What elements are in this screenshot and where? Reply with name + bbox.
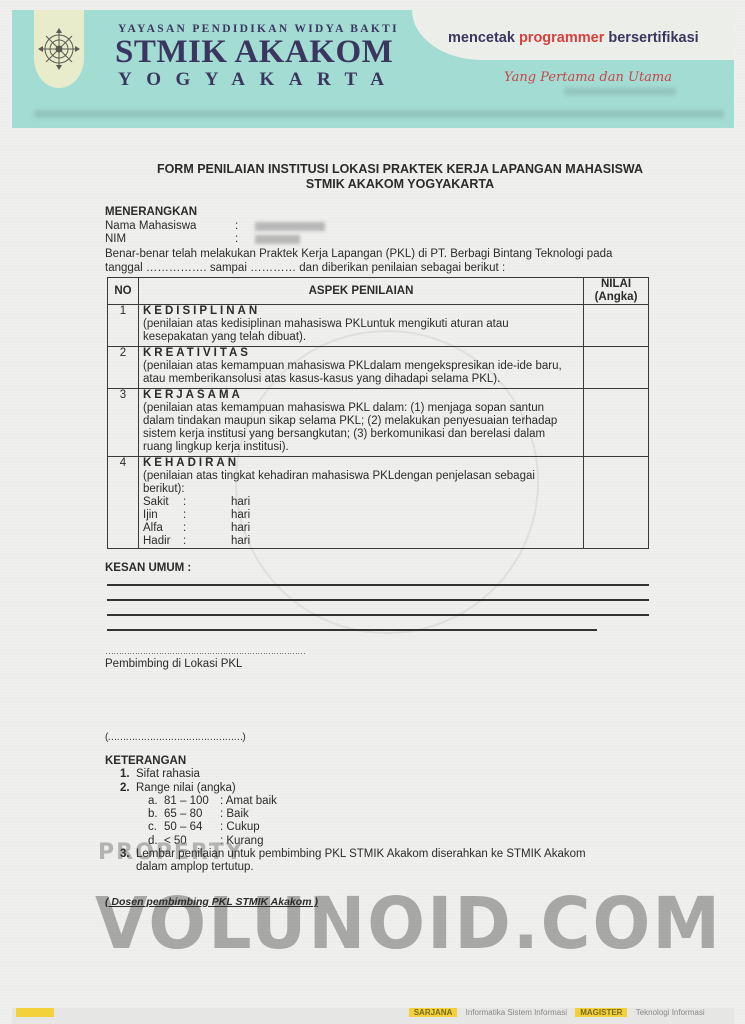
redacted-nim: [255, 235, 300, 244]
tagline-highlight: programmer: [519, 30, 604, 46]
dharma-wheel-icon: [37, 27, 81, 71]
tagline-part1: mencetak: [448, 30, 519, 46]
field-label: NIM: [105, 233, 126, 245]
table-row: 1 KEDISIPLINAN (penilaian atas kedisipli…: [108, 305, 649, 347]
aspek-name: KEDISIPLINAN: [143, 305, 579, 318]
range-item: c.50 – 64: Cukup: [105, 821, 586, 834]
header-aspek: ASPEK PENILAIAN: [139, 278, 584, 305]
attendance-separator: :: [183, 535, 231, 548]
title-line-1: FORM PENILAIAN INSTITUSI LOKASI PRAKTEK …: [100, 162, 700, 177]
institution-city: YOGYAKARTA: [118, 69, 399, 91]
row-number: 1: [108, 305, 139, 347]
signature-name-placeholder[interactable]: (………………………………………): [105, 731, 245, 745]
range-desc: : Amat baik: [220, 795, 277, 807]
keterangan-title: KETERANGAN: [105, 755, 586, 768]
title-line-2: STMIK AKAKOM YOGYAKARTA: [100, 177, 700, 192]
range-letter: c.: [148, 821, 164, 834]
attendance-separator: :: [183, 509, 231, 522]
attendance-label: Sakit: [143, 496, 183, 509]
tagline-part2: bersertifikasi: [604, 30, 698, 46]
nilai-input-cell[interactable]: [584, 305, 649, 347]
header-nilai: NILAI (Angka): [584, 278, 649, 305]
range-desc: : Baik: [220, 808, 249, 820]
attendance-unit: hari: [231, 522, 250, 535]
tagline: mencetak programmer bersertifikasi: [448, 30, 699, 46]
field-nim: NIM :: [105, 233, 505, 247]
attendance-ijin: Ijin:hari: [143, 509, 579, 522]
footer-tag-left: [16, 1008, 54, 1017]
document-page: YAYASAN PENDIDIKAN WIDYA BAKTI STMIK AKA…: [0, 0, 745, 1024]
writing-line: [107, 614, 649, 616]
dosen-pembimbing-label: ( Dosen pembimbing PKL STMIK Akakom ): [105, 896, 318, 910]
aspek-name: KERJASAMA: [143, 389, 579, 402]
range-desc: : Cukup: [220, 821, 260, 833]
kesan-umum-label: KESAN UMUM :: [105, 562, 191, 576]
field-separator: :: [235, 220, 238, 234]
assessment-table: NO ASPEK PENILAIAN NILAI (Angka) 1 KEDIS…: [107, 277, 649, 549]
redacted-student-name: [255, 222, 325, 231]
field-nama-mahasiswa: Nama Mahasiswa :: [105, 220, 505, 234]
attendance-separator: :: [183, 496, 231, 509]
writing-line: [107, 629, 597, 631]
aspek-description: (penilaian atas kedisiplinan mahasiswa P…: [143, 318, 579, 344]
range-item: b.65 – 80: Baik: [105, 808, 586, 821]
attendance-unit: hari: [231, 509, 250, 522]
row-number: 2: [108, 347, 139, 389]
item-text: Sifat rahasia: [136, 768, 200, 780]
table-row: 4 KEHADIRAN (penilaian atas tingkat keha…: [108, 457, 649, 549]
range-value: 65 – 80: [164, 808, 220, 821]
range-value: 81 – 100: [164, 795, 220, 808]
statement-line-1: Benar-benar telah melakukan Praktek Kerj…: [105, 248, 665, 262]
aspek-description: (penilaian atas tingkat kehadiran mahasi…: [143, 470, 579, 496]
form-title: FORM PENILAIAN INSTITUSI LOKASI PRAKTEK …: [100, 162, 700, 192]
aspek-name: KEHADIRAN: [143, 457, 579, 470]
keterangan-item: 2.Range nilai (angka): [105, 782, 586, 795]
attendance-alfa: Alfa:hari: [143, 522, 579, 535]
institution-name: STMIK AKAKOM: [115, 34, 393, 71]
attendance-hadir: Hadir:hari: [143, 535, 579, 548]
aspek-description: (penilaian atas kemampuan mahasiswa PKLd…: [143, 360, 579, 386]
range-value: 50 – 64: [164, 821, 220, 834]
header-nilai-line2: (Angka): [588, 291, 644, 304]
attendance-unit: hari: [231, 496, 250, 509]
field-separator: :: [235, 233, 238, 247]
keterangan-section: KETERANGAN 1.Sifat rahasia 2.Range nilai…: [105, 755, 586, 875]
attendance-label: Hadir: [143, 535, 183, 548]
statement-line-2: tanggal ……………. sampai ………… dan diberikan…: [105, 262, 665, 276]
aspek-description: (penilaian atas kemampuan mahasiswa PKL …: [143, 402, 579, 454]
redacted-website: [564, 88, 676, 95]
aspek-name: KREATIVITAS: [143, 347, 579, 360]
nilai-input-cell[interactable]: [584, 347, 649, 389]
row-number: 3: [108, 389, 139, 457]
footer-bar: SARJANA Informatika Sistem Informasi MAG…: [12, 1008, 734, 1024]
item-number: 2.: [120, 782, 136, 795]
range-letter: a.: [148, 795, 164, 808]
institution-logo: [34, 10, 84, 88]
keterangan-item: 3.Lembar penilaian untuk pembimbing PKL …: [105, 848, 586, 861]
footer-programs-sarjana: Informatika Sistem Informasi: [466, 1008, 567, 1017]
attendance-label: Alfa: [143, 522, 183, 535]
header-no: NO: [108, 278, 139, 305]
keterangan-item: 1.Sifat rahasia: [105, 768, 586, 781]
table-header-row: NO ASPEK PENILAIAN NILAI (Angka): [108, 278, 649, 305]
footer-tag-sarjana: SARJANA: [409, 1008, 458, 1017]
item-number: 3.: [120, 848, 136, 861]
table-row: 2 KREATIVITAS (penilaian atas kemampuan …: [108, 347, 649, 389]
item-text: Range nilai (angka): [136, 782, 236, 794]
redacted-address: [34, 110, 724, 118]
nilai-input-cell[interactable]: [584, 457, 649, 549]
footer-tag-magister: MAGISTER: [575, 1008, 627, 1017]
nilai-input-cell[interactable]: [584, 389, 649, 457]
range-item: a.81 – 100: Amat baik: [105, 795, 586, 808]
attendance-separator: :: [183, 522, 231, 535]
field-label: Nama Mahasiswa: [105, 220, 196, 232]
header-nilai-line1: NILAI: [588, 278, 644, 291]
signature-dots: …………………………………………………………………: [105, 645, 305, 659]
attendance-sakit: Sakit:hari: [143, 496, 579, 509]
menerangkan-label: MENERANGKAN: [105, 206, 197, 220]
statement: Benar-benar telah melakukan Praktek Kerj…: [105, 248, 665, 275]
item-number: 1.: [120, 768, 136, 781]
writing-line: [107, 584, 649, 586]
table-row: 3 KERJASAMA (penilaian atas kemampuan ma…: [108, 389, 649, 457]
motto: Yang Pertama dan Utama: [504, 70, 672, 85]
letterhead: YAYASAN PENDIDIKAN WIDYA BAKTI STMIK AKA…: [12, 10, 734, 128]
row-number: 4: [108, 457, 139, 549]
range-letter: b.: [148, 808, 164, 821]
item-text: Lembar penilaian untuk pembimbing PKL ST…: [136, 848, 586, 860]
attendance-unit: hari: [231, 535, 250, 548]
attendance-label: Ijin: [143, 509, 183, 522]
footer-programs-magister: Teknologi Informasi: [636, 1008, 705, 1017]
pembimbing-label: Pembimbing di Lokasi PKL: [105, 658, 242, 672]
writing-line: [107, 599, 649, 601]
